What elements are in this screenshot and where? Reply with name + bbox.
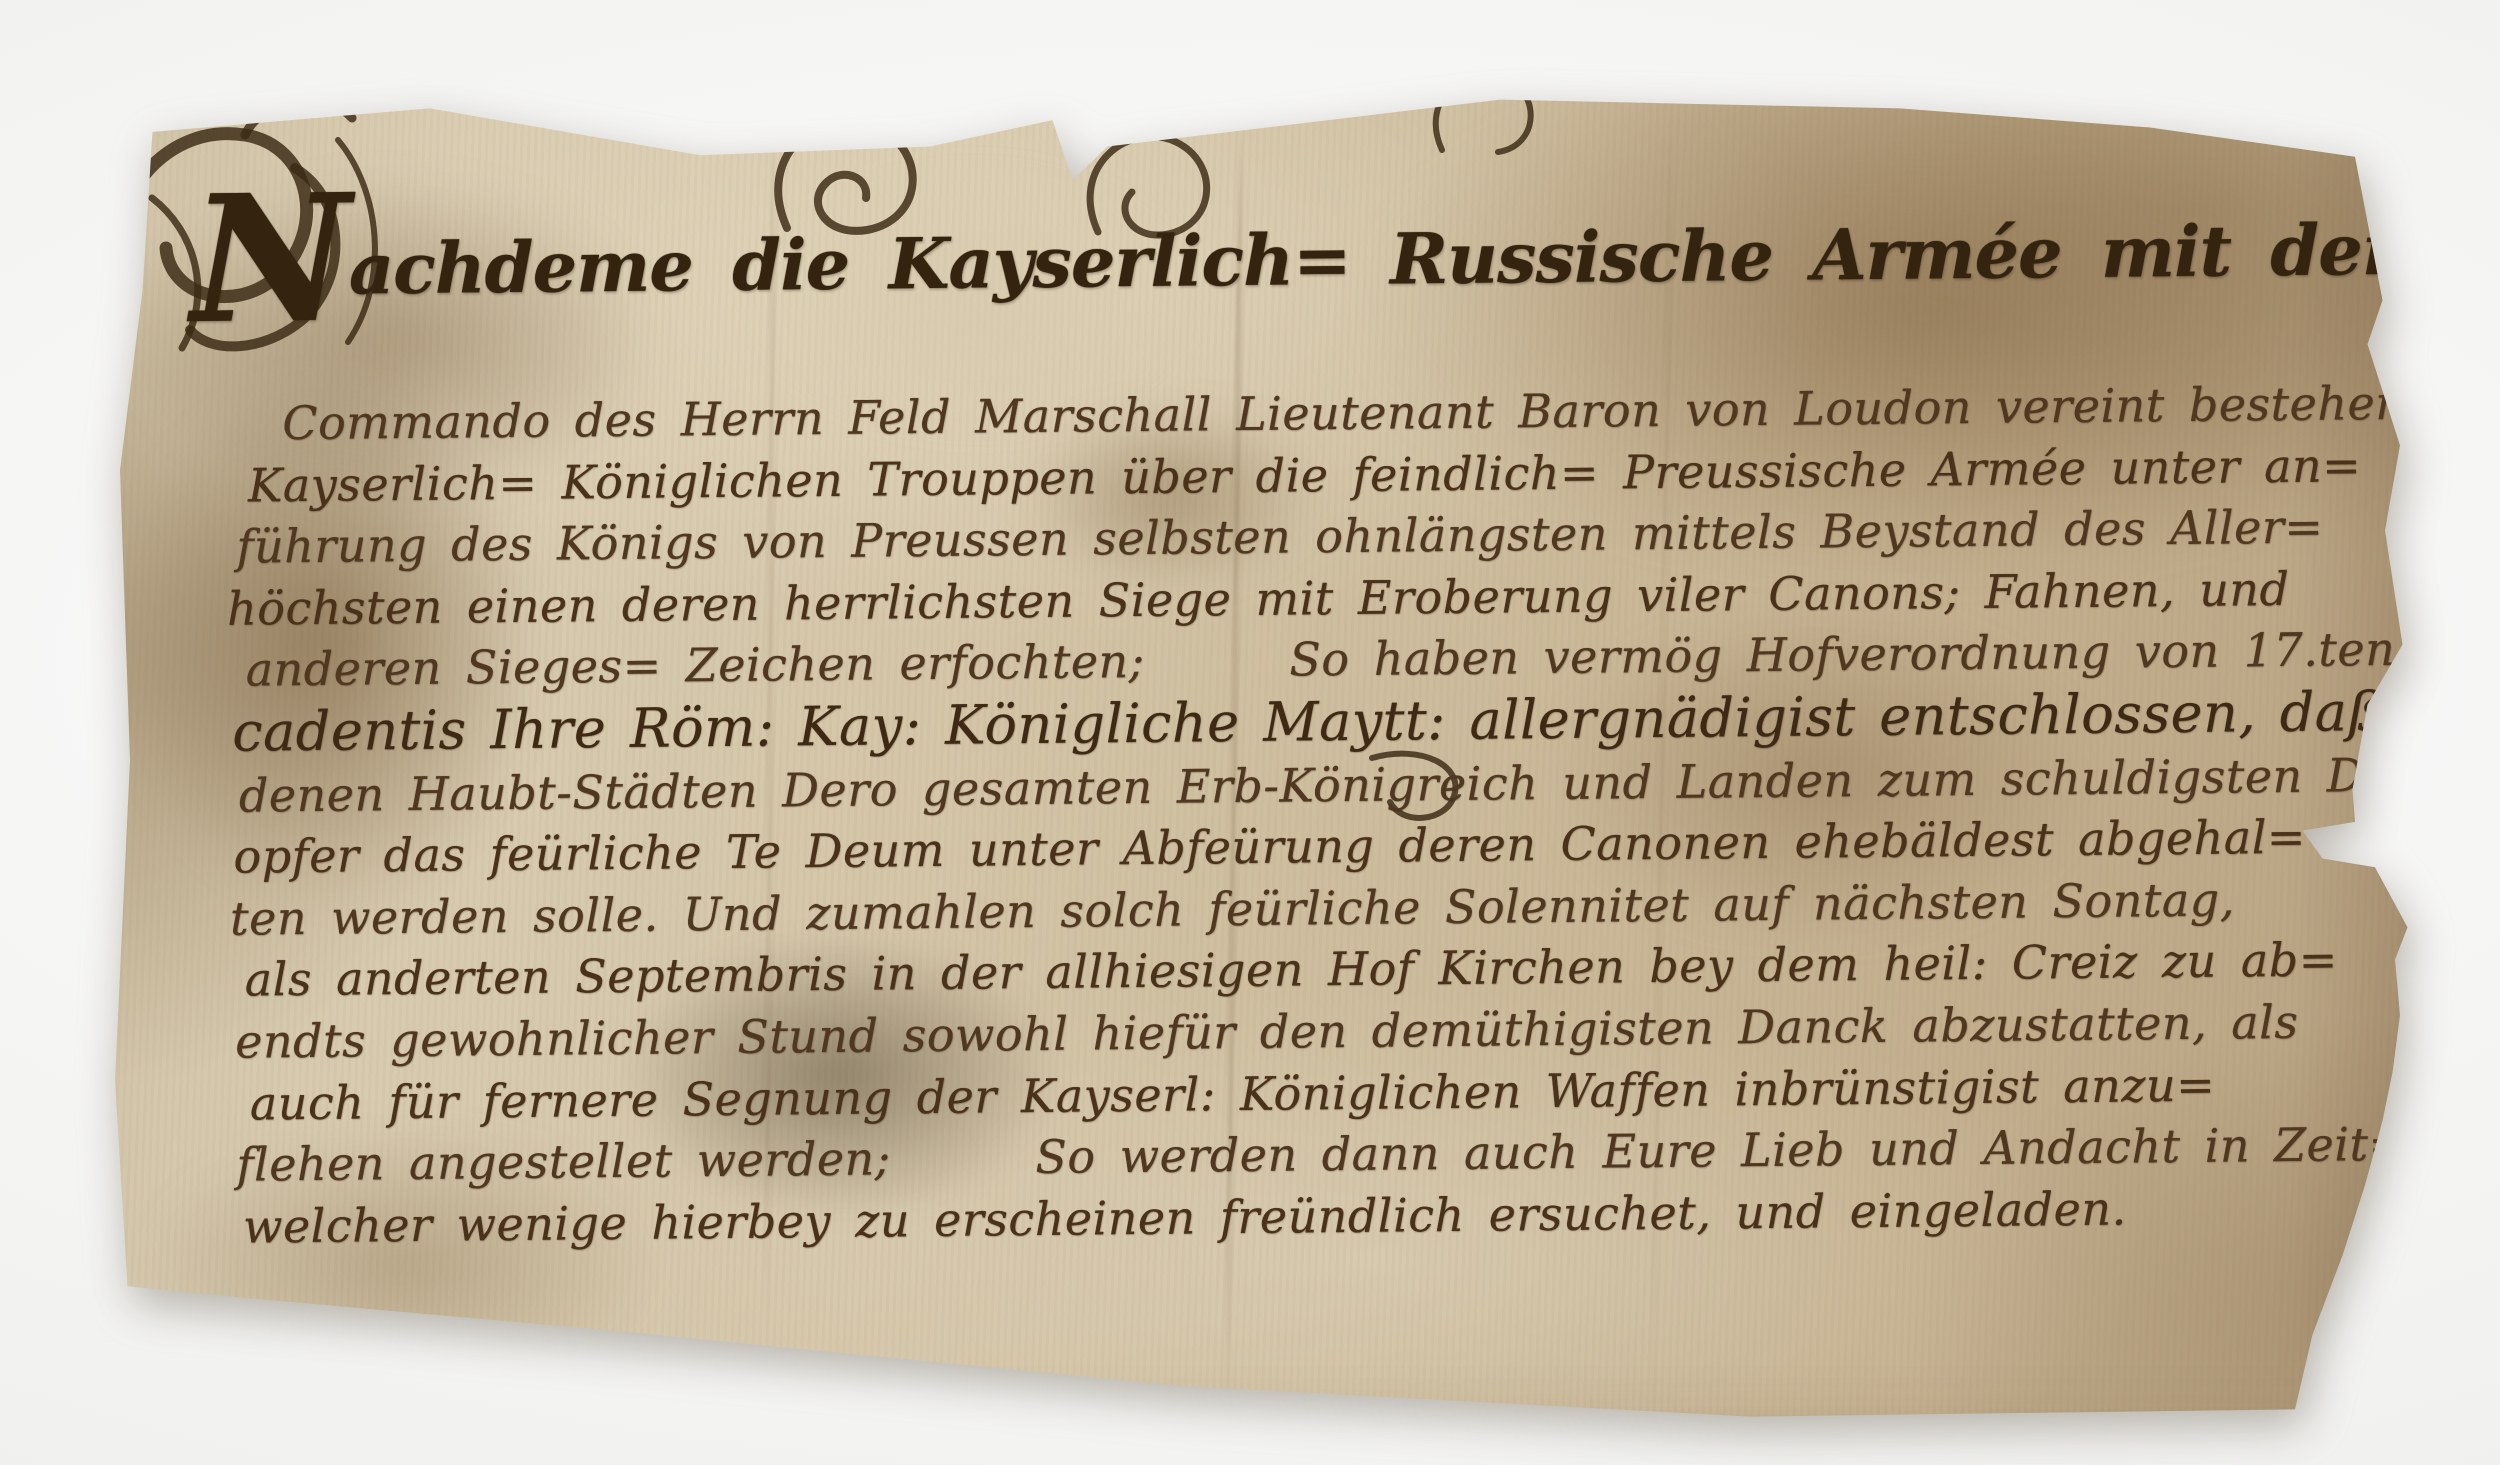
manuscript-line: endts gewohnlicher Stund sowohl hiefür d… (235, 995, 2299, 1069)
manuscript-line: höchsten einen deren herrlichsten Siege … (227, 562, 2290, 636)
manuscript-sheet: Nachdeme die Kayserlich= Russische Armée… (0, 0, 2500, 1465)
manuscript-line: ten werden solle. Und zumahlen solch feü… (230, 872, 2235, 945)
scan-background: Nachdeme die Kayserlich= Russische Armée… (0, 0, 2500, 1465)
manuscript-line: auch für fernere Segnung der Kayserl: Kö… (250, 1058, 2216, 1131)
title-text: achdeme die Kayserlich= Russische Armée … (348, 204, 2500, 310)
manuscript-sheet-shadow: Nachdeme die Kayserlich= Russische Armée… (0, 0, 2500, 1465)
manuscript-line: opfer das feürliche Te Deum unter Abfeür… (233, 810, 2306, 884)
manuscript-line: flehen angestellet werden; So werden dan… (236, 1117, 2408, 1192)
manuscript-line: führung des Königs von Preussen selbsten… (236, 500, 2323, 574)
title-line: Nachdeme die Kayserlich= Russische Armée… (190, 204, 2500, 312)
manuscript-text: Nachdeme die Kayserlich= Russische Armée… (0, 0, 2500, 1465)
manuscript-line: Commando des Herrn Feld Marschall Lieute… (282, 375, 2493, 450)
manuscript-line: welcher wenige hierbey zu erscheinen fre… (243, 1181, 2127, 1253)
ornamental-initial: N (191, 260, 345, 261)
manuscript-line: als anderten Septembris in der allhiesig… (244, 932, 2338, 1006)
